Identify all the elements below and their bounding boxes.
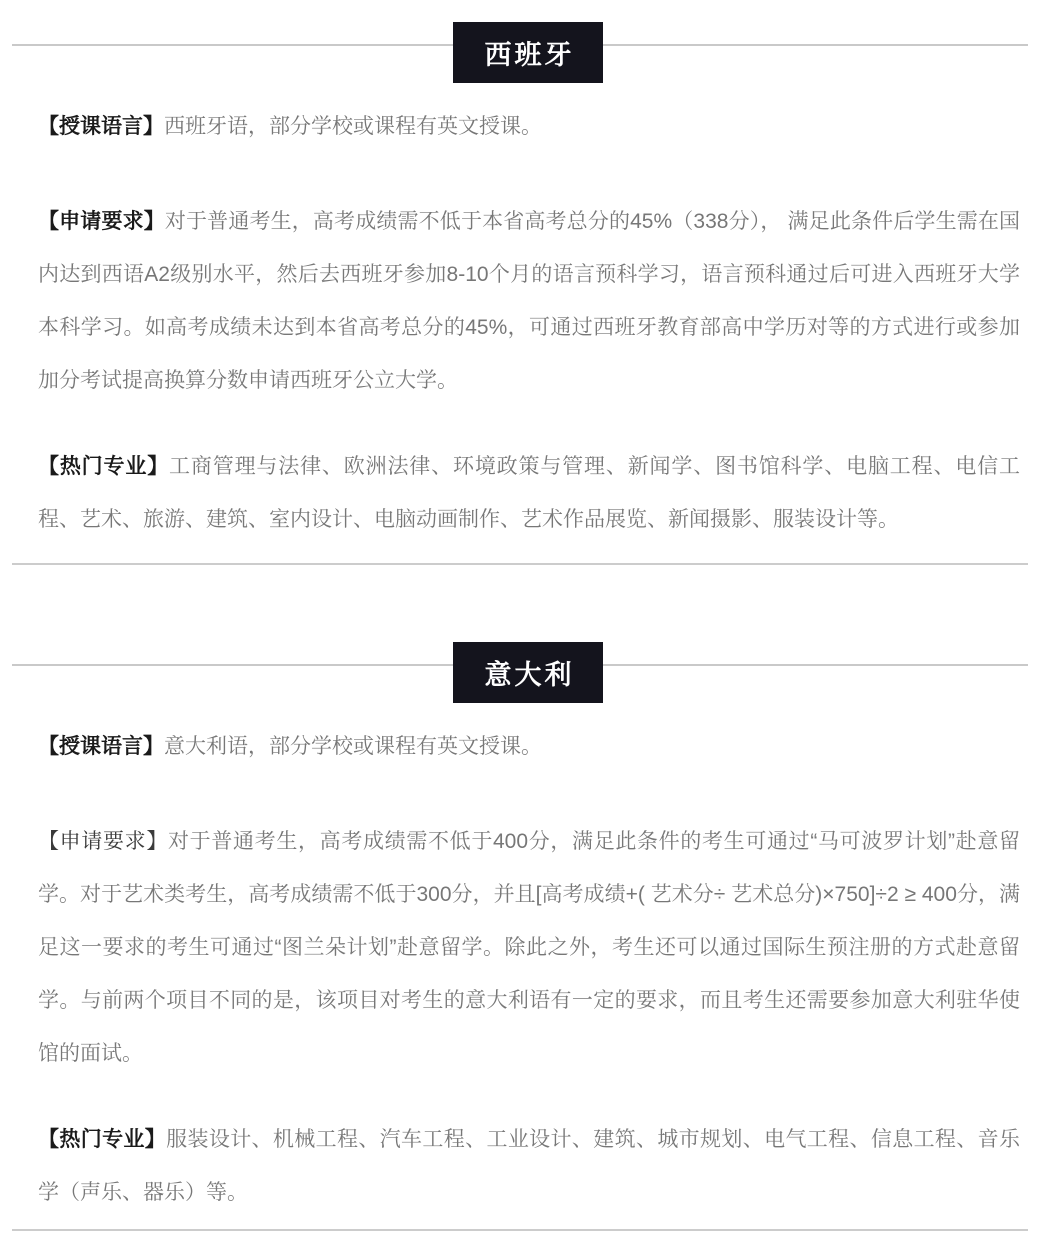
paragraph-application-requirements: 【申请要求】对于普通考生，高考成绩需不低于400分，满足此条件的考生可通过“马可… — [38, 815, 1020, 1080]
paragraph-text: 工商管理与法律、欧洲法律、环境政策与管理、新闻学、图书馆科学、电脑工程、电信工程… — [38, 455, 1020, 531]
paragraph-label: 【申请要求】 — [38, 210, 165, 233]
paragraph-popular-majors: 【热门专业】服装设计、机械工程、汽车工程、工业设计、建筑、城市规划、电气工程、信… — [38, 1113, 1020, 1219]
paragraph-popular-majors: 【热门专业】工商管理与法律、欧洲法律、环境政策与管理、新闻学、图书馆科学、电脑工… — [38, 440, 1020, 546]
paragraph-label: 【热门专业】 — [38, 455, 169, 478]
paragraph-text: 对于普通考生，高考成绩需不低于400分，满足此条件的考生可通过“马可波罗计划”赴… — [38, 830, 1020, 1065]
country-badge-italy: 意大利 — [453, 642, 603, 703]
section-content-spain: 【授课语言】西班牙语，部分学校或课程有英文授课。 【申请要求】对于普通考生，高考… — [0, 100, 1056, 546]
section-italy: 意大利 【授课语言】意大利语，部分学校或课程有英文授课。 【申请要求】对于普通考… — [0, 642, 1056, 1231]
paragraph-label: 【申请要求】 — [38, 830, 168, 853]
paragraph-text: 西班牙语，部分学校或课程有英文授课。 — [164, 115, 542, 138]
paragraph-teaching-language: 【授课语言】西班牙语，部分学校或课程有英文授课。 — [38, 100, 1020, 153]
section-divider — [12, 563, 1028, 565]
paragraph-label: 【热门专业】 — [38, 1128, 166, 1151]
paragraph-teaching-language: 【授课语言】意大利语，部分学校或课程有英文授课。 — [38, 720, 1020, 773]
section-header-italy: 意大利 — [0, 642, 1056, 703]
paragraph-text: 服装设计、机械工程、汽车工程、工业设计、建筑、城市规划、电气工程、信息工程、音乐… — [38, 1128, 1020, 1204]
paragraph-text: 意大利语，部分学校或课程有英文授课。 — [164, 735, 542, 758]
country-badge-spain: 西班牙 — [453, 22, 603, 83]
paragraph-application-requirements: 【申请要求】对于普通考生，高考成绩需不低于本省高考总分的45%（338分）， 满… — [38, 195, 1020, 407]
paragraph-text: 对于普通考生，高考成绩需不低于本省高考总分的45%（338分）， 满足此条件后学… — [38, 210, 1020, 392]
section-spain: 西班牙 【授课语言】西班牙语，部分学校或课程有英文授课。 【申请要求】对于普通考… — [0, 22, 1056, 565]
document-page: 西班牙 【授课语言】西班牙语，部分学校或课程有英文授课。 【申请要求】对于普通考… — [0, 0, 1056, 1246]
paragraph-label: 【授课语言】 — [38, 735, 164, 758]
paragraph-label: 【授课语言】 — [38, 115, 164, 138]
section-divider — [12, 1229, 1028, 1231]
section-content-italy: 【授课语言】意大利语，部分学校或课程有英文授课。 【申请要求】对于普通考生，高考… — [0, 720, 1056, 1219]
section-header-spain: 西班牙 — [0, 22, 1056, 83]
